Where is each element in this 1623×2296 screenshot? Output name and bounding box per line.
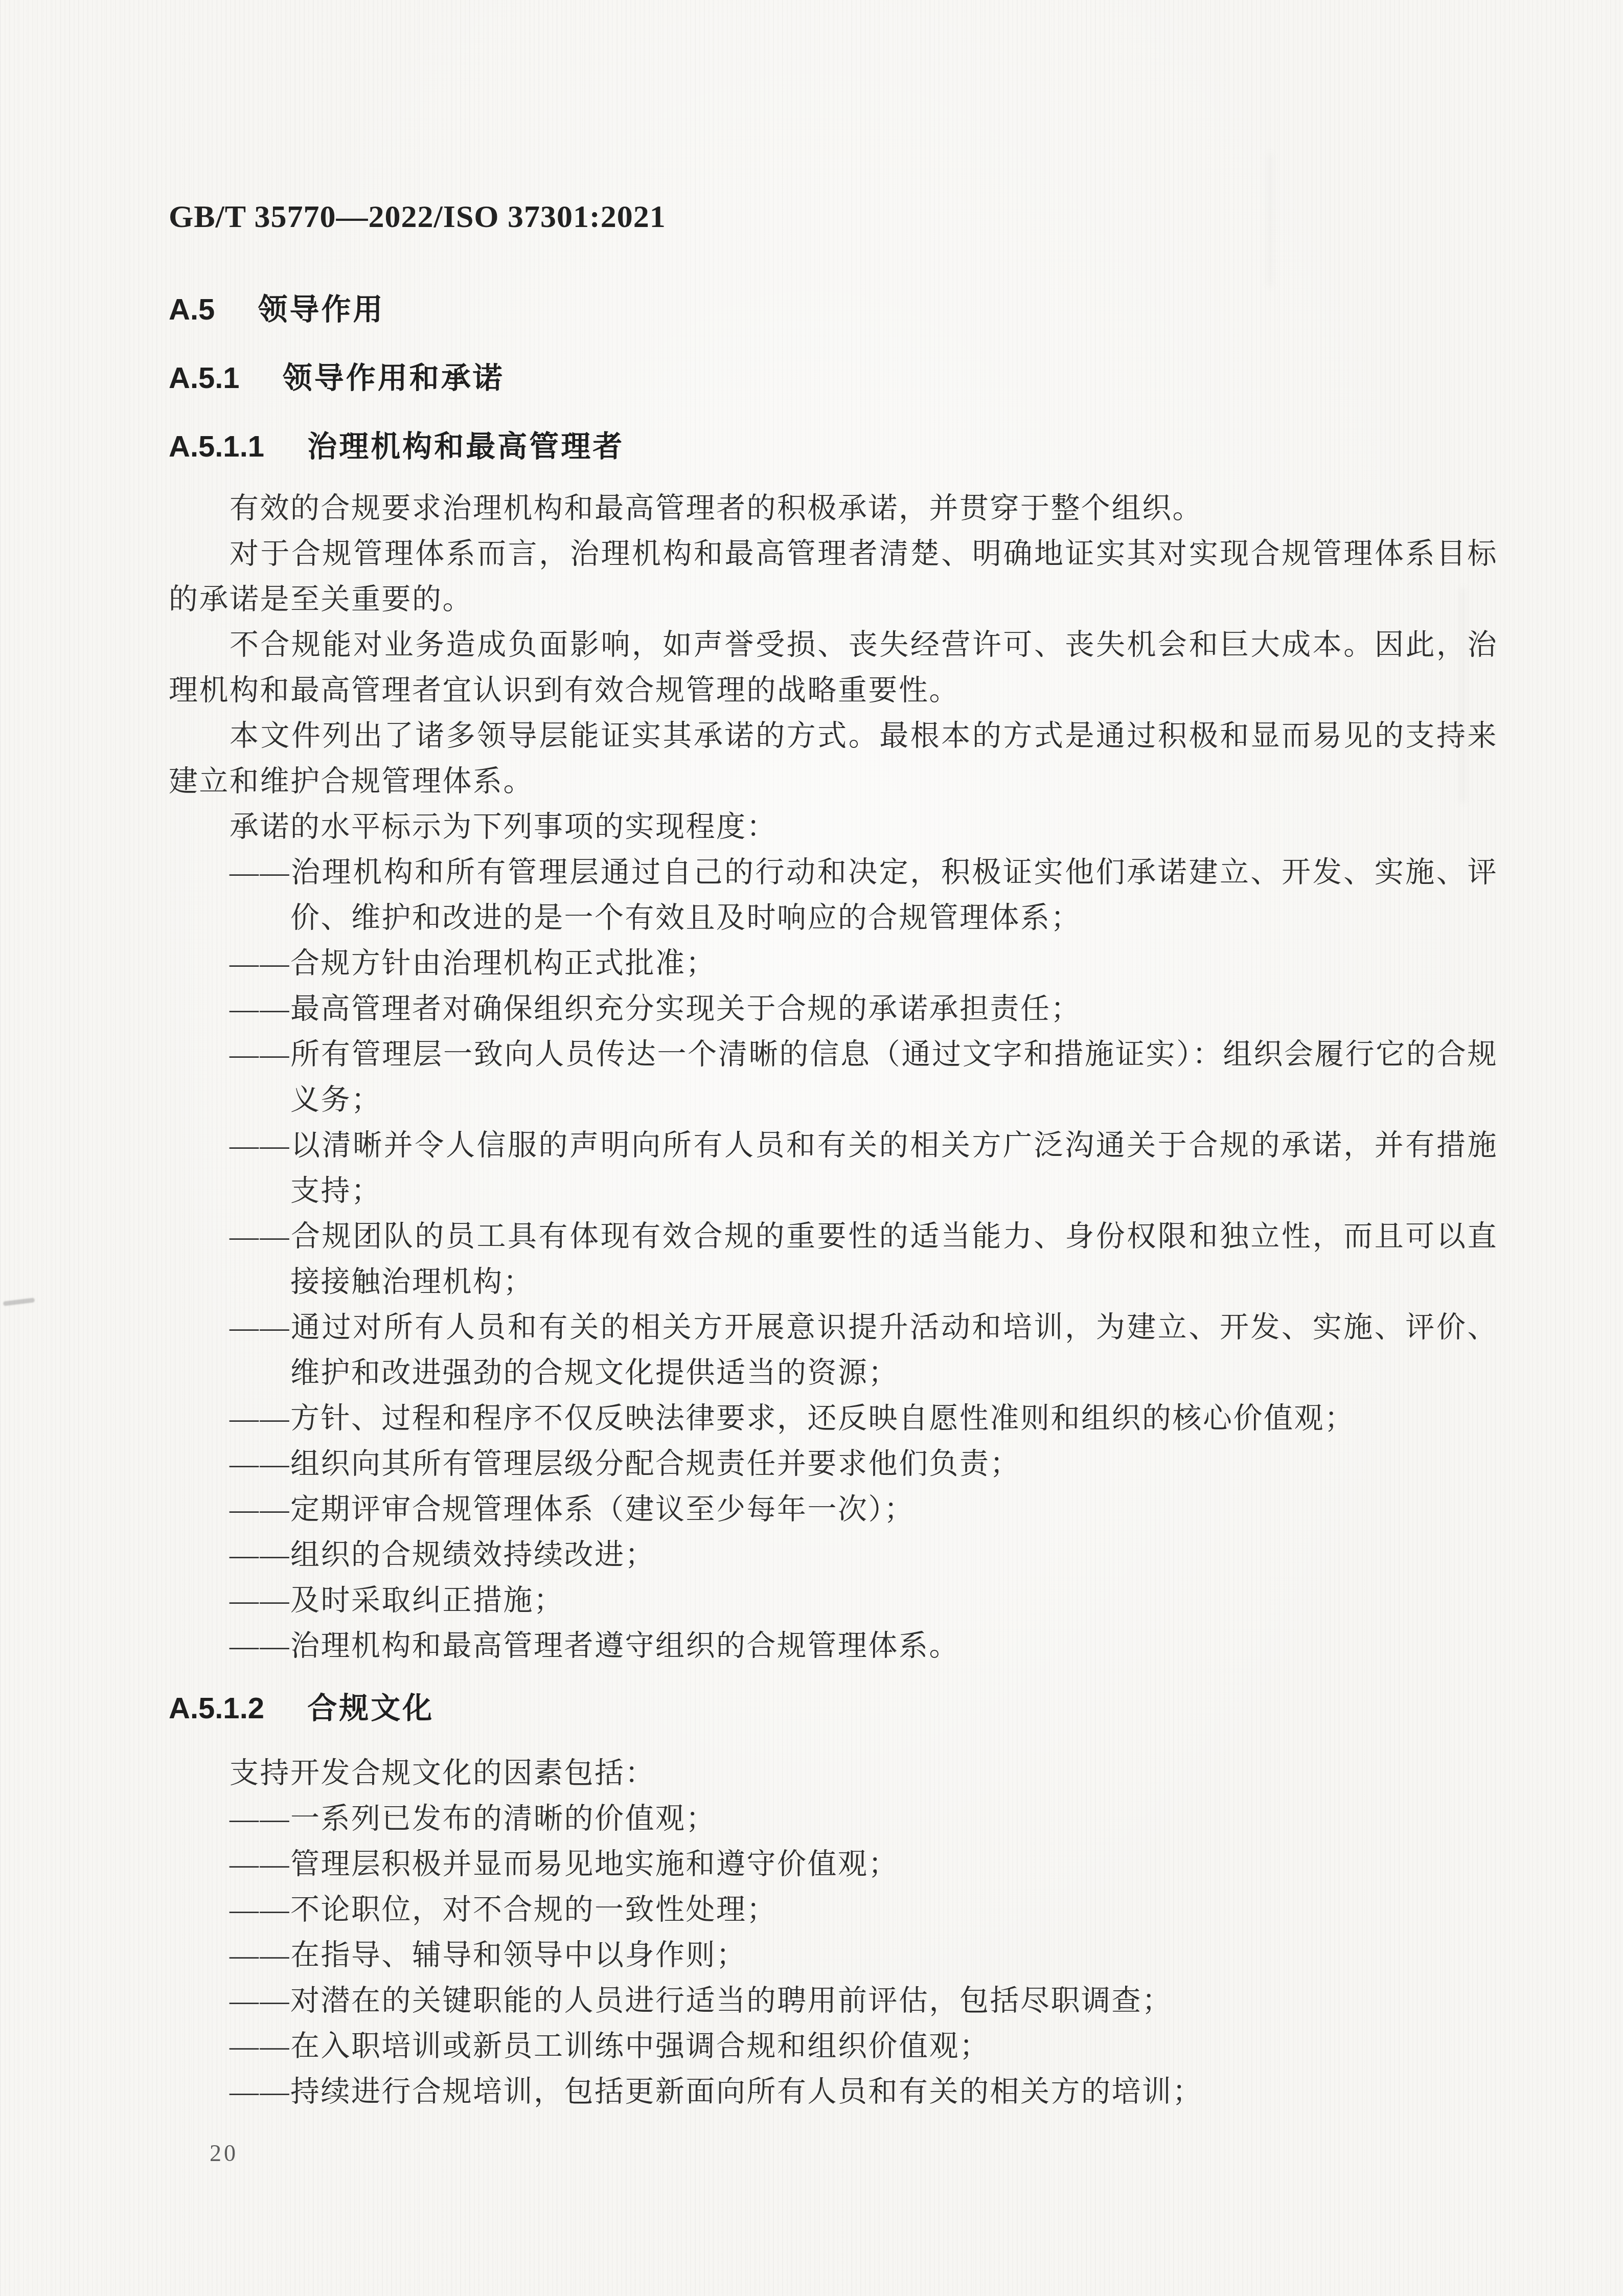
section-heading-a512: A.5.1.2 合规文化 bbox=[169, 1690, 1498, 1727]
section-title: 治理机构和最高管理者 bbox=[307, 428, 624, 465]
section-number: A.5 bbox=[169, 291, 215, 328]
standard-code-header: GB/T 35770—2022/ISO 37301:2021 bbox=[169, 0, 1498, 235]
scan-smudge bbox=[1268, 153, 1273, 286]
list-item: ——所有管理层一致向人员传达一个清晰的信息（通过文字和措施证实）：组织会履行它的… bbox=[290, 1032, 1498, 1123]
section-number: A.5.1.2 bbox=[169, 1690, 264, 1727]
paragraph: 承诺的水平标示为下列事项的实现程度： bbox=[169, 804, 1498, 850]
section-number: A.5.1 bbox=[169, 360, 240, 397]
section-title: 合规文化 bbox=[307, 1690, 434, 1727]
section-number: A.5.1.1 bbox=[169, 428, 264, 465]
list-item: ——治理机构和所有管理层通过自己的行动和决定，积极证实他们承诺建立、开发、实施、… bbox=[290, 850, 1498, 941]
list-item: ——持续进行合规培训，包括更新面向所有人员和有关的相关方的培训； bbox=[290, 2069, 1498, 2115]
paragraph: 支持开发合规文化的因素包括： bbox=[169, 1751, 1498, 1796]
scanned-standard-page: { "header": { "standard_code": "GB/T 357… bbox=[0, 0, 1623, 2296]
section-title: 领导作用和承诺 bbox=[283, 360, 505, 397]
list-item: ——方针、过程和程序不仅反映法律要求，还反映自愿性准则和组织的核心价值观； bbox=[290, 1396, 1498, 1441]
list-item: ——不论职位，对不合规的一致性处理； bbox=[290, 1887, 1498, 1933]
list-item: ——在指导、辅导和领导中以身作则； bbox=[290, 1933, 1498, 1978]
list-item: ——管理层积极并显而易见地实施和遵守价值观； bbox=[290, 1842, 1498, 1887]
section-heading-a511: A.5.1.1 治理机构和最高管理者 bbox=[169, 428, 1498, 465]
list-item: ——合规方针由治理机构正式批准； bbox=[290, 941, 1498, 986]
paragraph: 本文件列出了诸多领导层能证实其承诺的方式。最根本的方式是通过积极和显而易见的支持… bbox=[169, 713, 1498, 804]
list-item: ——对潜在的关键职能的人员进行适当的聘用前评估，包括尽职调查； bbox=[290, 1978, 1498, 2024]
section-heading-a51: A.5.1 领导作用和承诺 bbox=[169, 360, 1498, 397]
list-item: ——及时采取纠正措施； bbox=[290, 1578, 1498, 1623]
section-a512-body: 支持开发合规文化的因素包括： ——一系列已发布的清晰的价值观； ——管理层积极并… bbox=[169, 1751, 1498, 2115]
list-item: ——在入职培训或新员工训练中强调合规和组织价值观； bbox=[290, 2024, 1498, 2069]
list-item: ——合规团队的员工具有体现有效合规的重要性的适当能力、身份权限和独立性，而且可以… bbox=[290, 1214, 1498, 1305]
paragraph: 有效的合规要求治理机构和最高管理者的积极承诺，并贯穿于整个组织。 bbox=[169, 486, 1498, 531]
list-item: ——最高管理者对确保组织充分实现关于合规的承诺承担责任； bbox=[290, 986, 1498, 1032]
page-content: GB/T 35770—2022/ISO 37301:2021 A.5 领导作用 … bbox=[0, 0, 1623, 2296]
list-item: ——治理机构和最高管理者遵守组织的合规管理体系。 bbox=[290, 1623, 1498, 1669]
list-item: ——一系列已发布的清晰的价值观； bbox=[290, 1796, 1498, 1842]
section-a511-body: 有效的合规要求治理机构和最高管理者的积极承诺，并贯穿于整个组织。 对于合规管理体… bbox=[169, 486, 1498, 1669]
list-item: ——组织的合规绩效持续改进； bbox=[290, 1532, 1498, 1578]
paragraph: 对于合规管理体系而言，治理机构和最高管理者清楚、明确地证实其对实现合规管理体系目… bbox=[169, 531, 1498, 622]
list-item: ——通过对所有人员和有关的相关方开展意识提升活动和培训，为建立、开发、实施、评价… bbox=[290, 1305, 1498, 1396]
page-number: 20 bbox=[169, 2115, 1498, 2169]
list-item: ——以清晰并令人信服的声明向所有人员和有关的相关方广泛沟通关于合规的承诺，并有措… bbox=[290, 1123, 1498, 1214]
list-item: ——组织向其所有管理层级分配合规责任并要求他们负责； bbox=[290, 1441, 1498, 1487]
scan-smudge bbox=[1459, 588, 1467, 803]
list-item: ——定期评审合规管理体系（建议至少每年一次）； bbox=[290, 1487, 1498, 1532]
section-title: 领导作用 bbox=[258, 291, 384, 328]
section-heading-a5: A.5 领导作用 bbox=[169, 291, 1498, 328]
paragraph: 不合规能对业务造成负面影响，如声誉受损、丧失经营许可、丧失机会和巨大成本。因此，… bbox=[169, 622, 1498, 713]
